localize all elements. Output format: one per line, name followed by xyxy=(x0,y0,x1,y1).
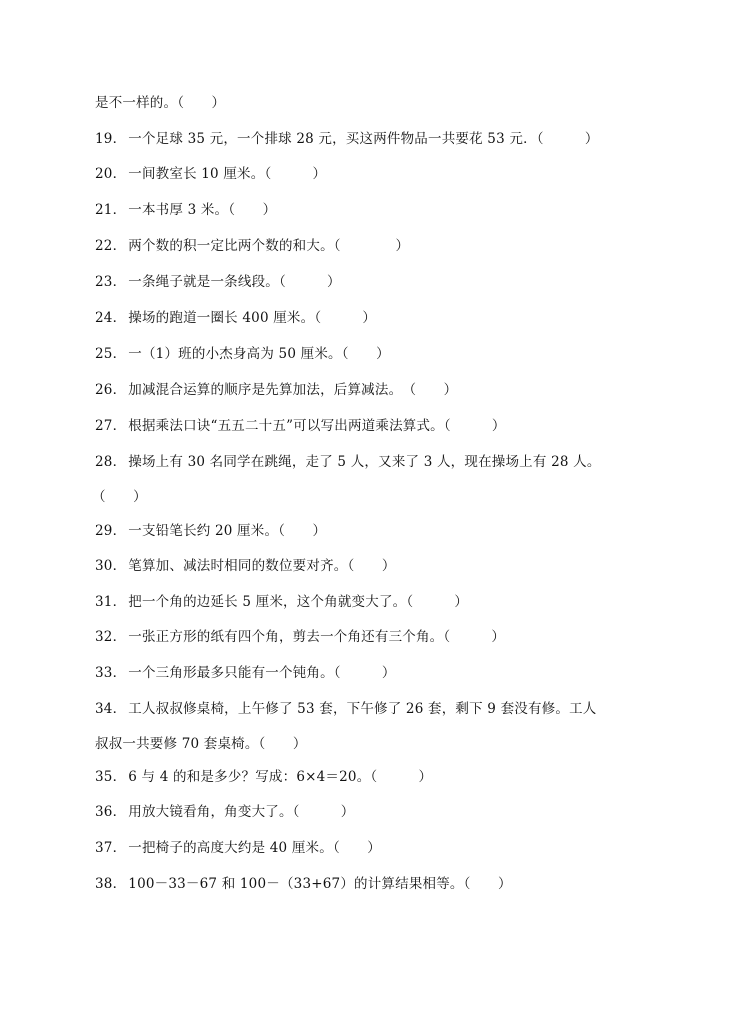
question-text: 笔算加、减法时相同的数位要对齐。（ ） xyxy=(128,558,395,574)
question-item: 34．工人叔叔修桌椅，上午修了 53 套，下午修了 26 套，剩下 9 套没有修… xyxy=(95,699,596,719)
question-item: 20．一间教室长 10 厘米。（ ） xyxy=(95,164,326,184)
question-continuation: 叔叔一共要修 70 套桌椅。（ ） xyxy=(95,734,307,754)
question-item: 28．操场上有 30 名同学在跳绳，走了 5 人，又来了 3 人，现在操场上有 … xyxy=(95,452,601,472)
question-item: 27．根据乘法口诀“五五二十五”可以写出两道乘法算式。（ ） xyxy=(95,416,506,436)
question-number: 33． xyxy=(95,665,126,681)
question-text: 一条绳子就是一条线段。（ ） xyxy=(128,274,340,290)
question-item: 23．一条绳子就是一条线段。（ ） xyxy=(95,272,341,292)
question-number: 23． xyxy=(95,274,126,290)
question-text: 100－33－67 和 100－（33+67）的计算结果相等。（ ） xyxy=(128,876,511,892)
question-number: 28． xyxy=(95,454,126,470)
question-item: 36．用放大镜看角，角变大了。（ ） xyxy=(95,802,354,822)
question-text: 是不一样的。（ ） xyxy=(95,95,225,111)
question-text: 把一个角的边延长 5 厘米，这个角就变大了。（ ） xyxy=(128,594,468,610)
question-text: 叔叔一共要修 70 套桌椅。（ ） xyxy=(95,736,307,752)
question-number: 27． xyxy=(95,418,126,434)
question-text: 一间教室长 10 厘米。（ ） xyxy=(128,166,326,182)
question-number: 22． xyxy=(95,238,126,254)
question-continuation: 是不一样的。（ ） xyxy=(95,93,225,113)
question-number: 30． xyxy=(95,558,126,574)
question-number: 26． xyxy=(95,382,126,398)
question-item: 22．两个数的积一定比两个数的和大。（ ） xyxy=(95,236,409,256)
question-text: 根据乘法口诀“五五二十五”可以写出两道乘法算式。（ ） xyxy=(128,418,505,434)
question-number: 35． xyxy=(95,769,126,785)
question-text: 两个数的积一定比两个数的和大。（ ） xyxy=(128,238,409,254)
question-item: 29．一支铅笔长约 20 厘米。（ ） xyxy=(95,521,326,541)
question-text: 一个三角形最多只能有一个钝角。（ ） xyxy=(128,665,395,681)
question-item: 37．一把椅子的高度大约是 40 厘米。（ ） xyxy=(95,838,381,858)
question-text: 一本书厚 3 米。（ ） xyxy=(128,202,276,218)
question-item: 19．一个足球 35 元，一个排球 28 元，买这两件物品一共要花 53 元．（… xyxy=(95,129,599,149)
question-number: 31． xyxy=(95,594,126,610)
question-item: 38．100－33－67 和 100－（33+67）的计算结果相等。（ ） xyxy=(95,874,512,894)
question-item: 30．笔算加、减法时相同的数位要对齐。（ ） xyxy=(95,556,396,576)
question-text: 6 与 4 的和是多少？写成：6×4＝20。（ ） xyxy=(128,769,432,785)
question-text: 一张正方形的纸有四个角，剪去一个角还有三个角。（ ） xyxy=(128,629,505,645)
question-item: 32．一张正方形的纸有四个角，剪去一个角还有三个角。（ ） xyxy=(95,627,505,647)
question-number: 25． xyxy=(95,346,126,362)
question-item: 35．6 与 4 的和是多少？写成：6×4＝20。（ ） xyxy=(95,767,432,787)
question-item: 24．操场的跑道一圈长 400 厘米。（ ） xyxy=(95,308,376,328)
question-number: 29． xyxy=(95,523,126,539)
question-continuation: （ ） xyxy=(92,487,147,507)
question-number: 24． xyxy=(95,310,126,326)
question-text: 操场的跑道一圈长 400 厘米。（ ） xyxy=(128,310,376,326)
question-item: 21．一本书厚 3 米。（ ） xyxy=(95,200,276,220)
question-number: 34． xyxy=(95,701,126,717)
question-text: 一个足球 35 元，一个排球 28 元，买这两件物品一共要花 53 元．（ ） xyxy=(128,131,598,147)
question-text: （ ） xyxy=(92,489,147,505)
question-number: 19． xyxy=(95,131,126,147)
question-number: 32． xyxy=(95,629,126,645)
question-text: 用放大镜看角，角变大了。（ ） xyxy=(128,804,354,820)
question-number: 36． xyxy=(95,804,126,820)
question-number: 38． xyxy=(95,876,126,892)
question-number: 20． xyxy=(95,166,126,182)
question-text: 一把椅子的高度大约是 40 厘米。（ ） xyxy=(128,840,381,856)
question-item: 33．一个三角形最多只能有一个钝角。（ ） xyxy=(95,663,396,683)
question-number: 37． xyxy=(95,840,126,856)
question-text: 一（1）班的小杰身高为 50 厘米。（ ） xyxy=(128,346,390,362)
question-number: 21． xyxy=(95,202,126,218)
question-item: 25．一（1）班的小杰身高为 50 厘米。（ ） xyxy=(95,344,390,364)
question-text: 一支铅笔长约 20 厘米。（ ） xyxy=(128,523,326,539)
question-item: 26．加减混合运算的顺序是先算加法，后算减法。 （ ） xyxy=(95,380,457,400)
question-text: 工人叔叔修桌椅，上午修了 53 套，下午修了 26 套，剩下 9 套没有修。工人 xyxy=(128,701,596,717)
question-item: 31．把一个角的边延长 5 厘米，这个角就变大了。（ ） xyxy=(95,592,468,612)
question-text: 操场上有 30 名同学在跳绳，走了 5 人，又来了 3 人，现在操场上有 28 … xyxy=(128,454,600,470)
question-text: 加减混合运算的顺序是先算加法，后算减法。 （ ） xyxy=(128,382,457,398)
